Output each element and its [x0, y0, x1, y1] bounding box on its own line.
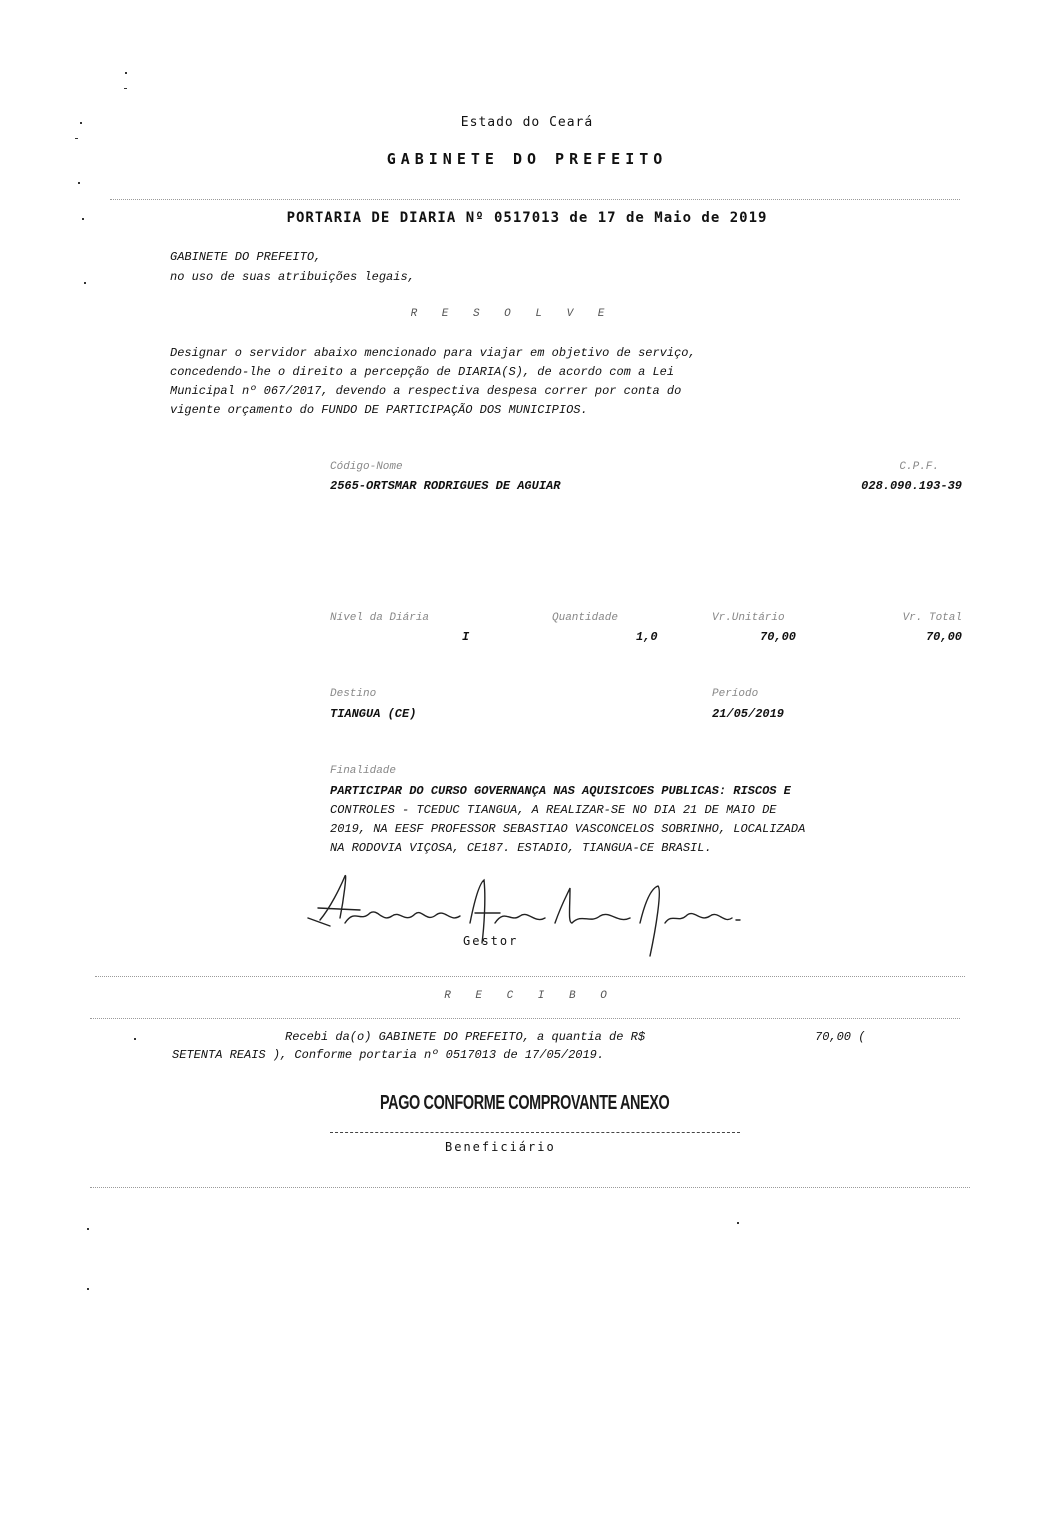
office-title: GABINETE DO PREFEITO: [0, 150, 1054, 168]
scan-speck: [87, 1228, 89, 1230]
unit-value: 70,00: [760, 630, 796, 644]
quantity-value: 1,0: [636, 630, 658, 644]
footer-divider: [90, 1187, 970, 1188]
scan-speck: [134, 1038, 136, 1040]
scan-speck: [125, 72, 127, 74]
body-line: Municipal nº 067/2017, devendo a respect…: [170, 382, 696, 401]
portaria-title: PORTARIA DE DIARIA Nº 0517013 de 17 de M…: [0, 210, 1054, 226]
purpose-text: PARTICIPAR DO CURSO GOVERNANÇA NAS AQUIS…: [330, 782, 805, 858]
purpose-line: PARTICIPAR DO CURSO GOVERNANÇA NAS AQUIS…: [330, 782, 805, 801]
level-value: I: [462, 630, 469, 644]
period-value: 21/05/2019: [712, 707, 784, 721]
resolve-heading: R E S O L V E: [0, 308, 1024, 320]
header-divider: [110, 199, 960, 200]
beneficiary-signature-line: [330, 1132, 740, 1133]
destination-label: Destino: [330, 688, 376, 700]
body-line: concedendo-lhe o direito a percepção de …: [170, 363, 696, 382]
purpose-line: CONTROLES - TCEDUC TIANGUA, A REALIZAR-S…: [330, 801, 805, 820]
purpose-label: Finalidade: [330, 765, 396, 777]
receipt-heading: R E C I B O: [0, 990, 1054, 1002]
paid-stamp: PAGO CONFORME COMPROVANTE ANEXO: [380, 1092, 669, 1115]
total-value: 70,00: [926, 630, 962, 644]
intro-line-2: no uso de suas atribuições legais,: [170, 270, 415, 284]
period-label: Período: [712, 688, 758, 700]
receipt-divider-bottom: [90, 1018, 960, 1019]
scan-speck: [737, 1222, 739, 1224]
purpose-line: NA RODOVIA VIÇOSA, CE187. ESTADIO, TIANG…: [330, 839, 805, 858]
level-label: Nível da Diária: [330, 612, 429, 624]
state-name: Estado do Ceará: [0, 115, 1054, 130]
purpose-line: 2019, NA EESF PROFESSOR SEBASTIAO VASCON…: [330, 820, 805, 839]
body-line: Designar o servidor abaixo mencionado pa…: [170, 344, 696, 363]
unit-value-label: Vr.Unitário: [712, 612, 785, 624]
scan-speck: [84, 282, 86, 284]
receipt-amount: 70,00 (: [815, 1030, 865, 1044]
receipt-line-2: SETENTA REAIS ), Conforme portaria nº 05…: [172, 1048, 604, 1062]
destination-value: TIANGUA (CE): [330, 707, 416, 721]
beneficiary-label: Beneficiário: [445, 1140, 556, 1154]
scan-speck: [78, 182, 80, 184]
cpf-value: 028.090.193-39: [861, 479, 962, 493]
body-line: vigente orçamento do FUNDO DE PARTICIPAÇ…: [170, 401, 696, 420]
scan-speck: [87, 1288, 89, 1290]
scan-speck: [124, 88, 127, 89]
scan-speck: [75, 138, 78, 139]
cpf-label: C.P.F.: [899, 461, 939, 473]
body-paragraph: Designar o servidor abaixo mencionado pa…: [170, 344, 696, 420]
receipt-line-1: Recebi da(o) GABINETE DO PREFEITO, a qua…: [285, 1030, 645, 1044]
handwritten-signature: [300, 868, 760, 958]
code-name-value: 2565-ORTSMAR RODRIGUES DE AGUIAR: [330, 479, 560, 493]
total-value-label: Vr. Total: [903, 612, 962, 624]
receipt-divider-top: [95, 976, 965, 977]
code-name-label: Código-Nome: [330, 461, 403, 473]
signature-role: Gestor: [463, 934, 518, 948]
quantity-label: Quantidade: [552, 612, 618, 624]
intro-line-1: GABINETE DO PREFEITO,: [170, 250, 321, 264]
